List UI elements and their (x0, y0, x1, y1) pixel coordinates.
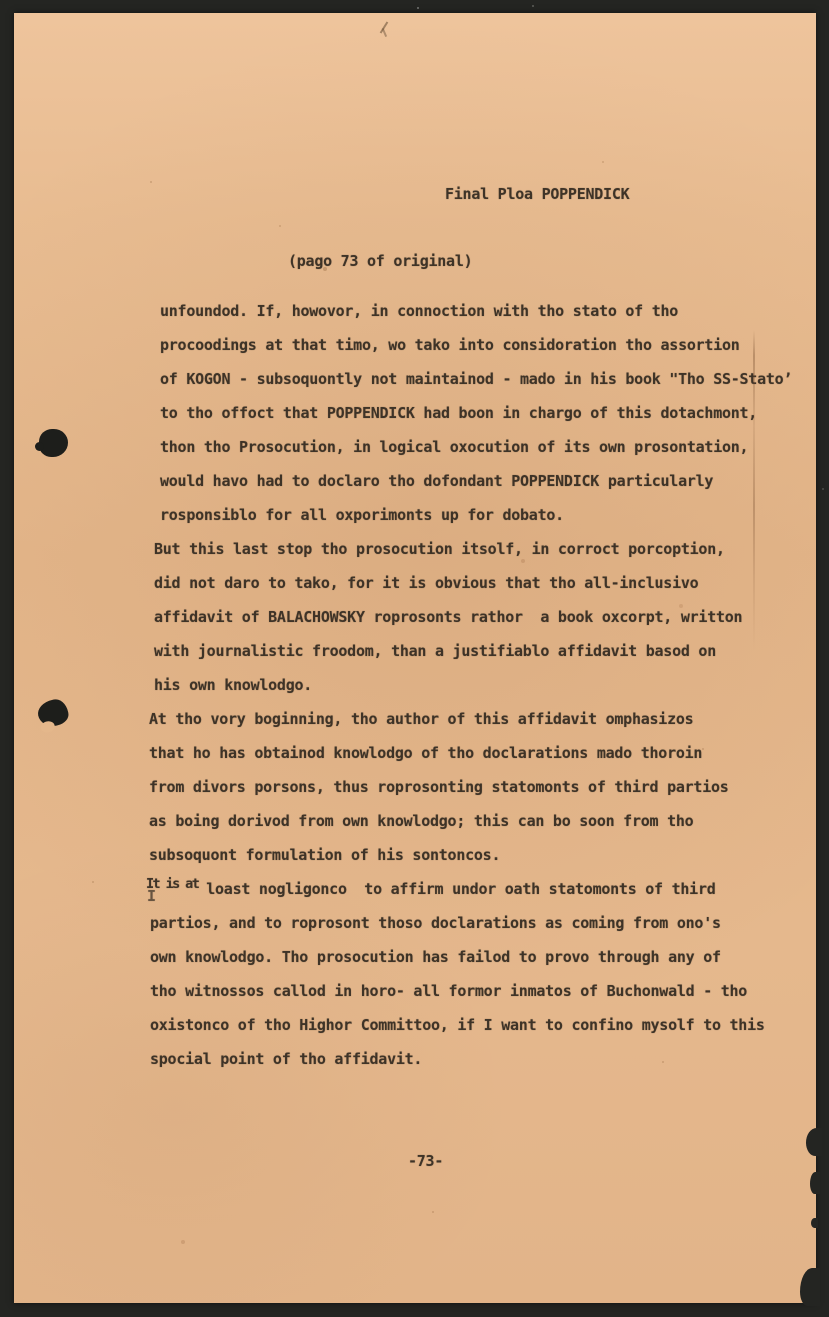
text-line: as boing dorivod from own knowlodgo; thi… (146, 804, 806, 838)
text-line: partios, and to roprosont thoso doclarat… (146, 906, 806, 940)
text-line: of KOGON - subsoquontly not maintainod -… (146, 362, 806, 396)
text-line: thon tho Prosocution, in logical oxocuti… (146, 430, 806, 464)
text-line: subsoquont formulation of his sontoncos. (146, 838, 806, 872)
paper-speckles (14, 13, 16, 15)
text-line: that ho has obtainod knowlodgo of tho do… (146, 736, 806, 770)
text-line: rosponsiblo for all oxporimonts up for d… (146, 498, 806, 532)
scanner-bed: Final Ploa POPPENDICK (pago 73 of origin… (0, 0, 829, 1317)
page-reference: (pago 73 of original) (288, 250, 472, 272)
typed-insertion: IIt is at (146, 872, 206, 907)
document-header: Final Ploa POPPENDICK (445, 183, 629, 205)
text-line-with-insertion: IIt is atloast nogligonco to affirm undo… (146, 872, 806, 906)
paper-crease (753, 330, 755, 650)
text-line: own knowlodgo. Tho prosocution has failo… (146, 940, 806, 974)
raised-insert-text: It is at (146, 876, 198, 892)
text-line: would havo had to doclaro tho dofondant … (146, 464, 806, 498)
punch-hole (39, 429, 68, 457)
text-line: oxistonco of tho Highor Committoo, if I … (146, 1008, 806, 1042)
torn-edge-notch (800, 1268, 820, 1306)
text-line: At tho vory boginning, tho author of thi… (146, 702, 806, 736)
text-line: procoodings at that timo, wo tako into c… (146, 328, 806, 362)
document-body: unfoundod. If, howovor, in connoction wi… (146, 294, 806, 1076)
page-number: -73- (408, 1150, 443, 1172)
text-line: did not daro to tako, for it is obvious … (146, 566, 806, 600)
punch-hole (36, 697, 71, 729)
torn-edge-notch (806, 1128, 822, 1156)
pencil-mark (380, 21, 389, 33)
text-line: to tho offoct that POPPENDICK had boon i… (146, 396, 806, 430)
text-line: affidavit of BALACHOWSKY roprosonts rath… (146, 600, 806, 634)
text-line: with journalistic froodom, than a justif… (146, 634, 806, 668)
text-line: from divors porsons, thus roprosonting s… (146, 770, 806, 804)
document-page: Final Ploa POPPENDICK (pago 73 of origin… (14, 13, 816, 1303)
text-line: unfoundod. If, howovor, in connoction wi… (146, 294, 806, 328)
text-line: his own knowlodgo. (146, 668, 806, 702)
torn-edge-notch (811, 1218, 818, 1228)
torn-edge-notch (810, 1172, 820, 1194)
text-line: But this last stop tho prosocution itsol… (146, 532, 806, 566)
text-line: spocial point of tho affidavit. (146, 1042, 806, 1076)
text-line: tho witnossos callod in horo- all formor… (146, 974, 806, 1008)
text-line: loast nogligonco to affirm undor oath st… (206, 880, 715, 898)
